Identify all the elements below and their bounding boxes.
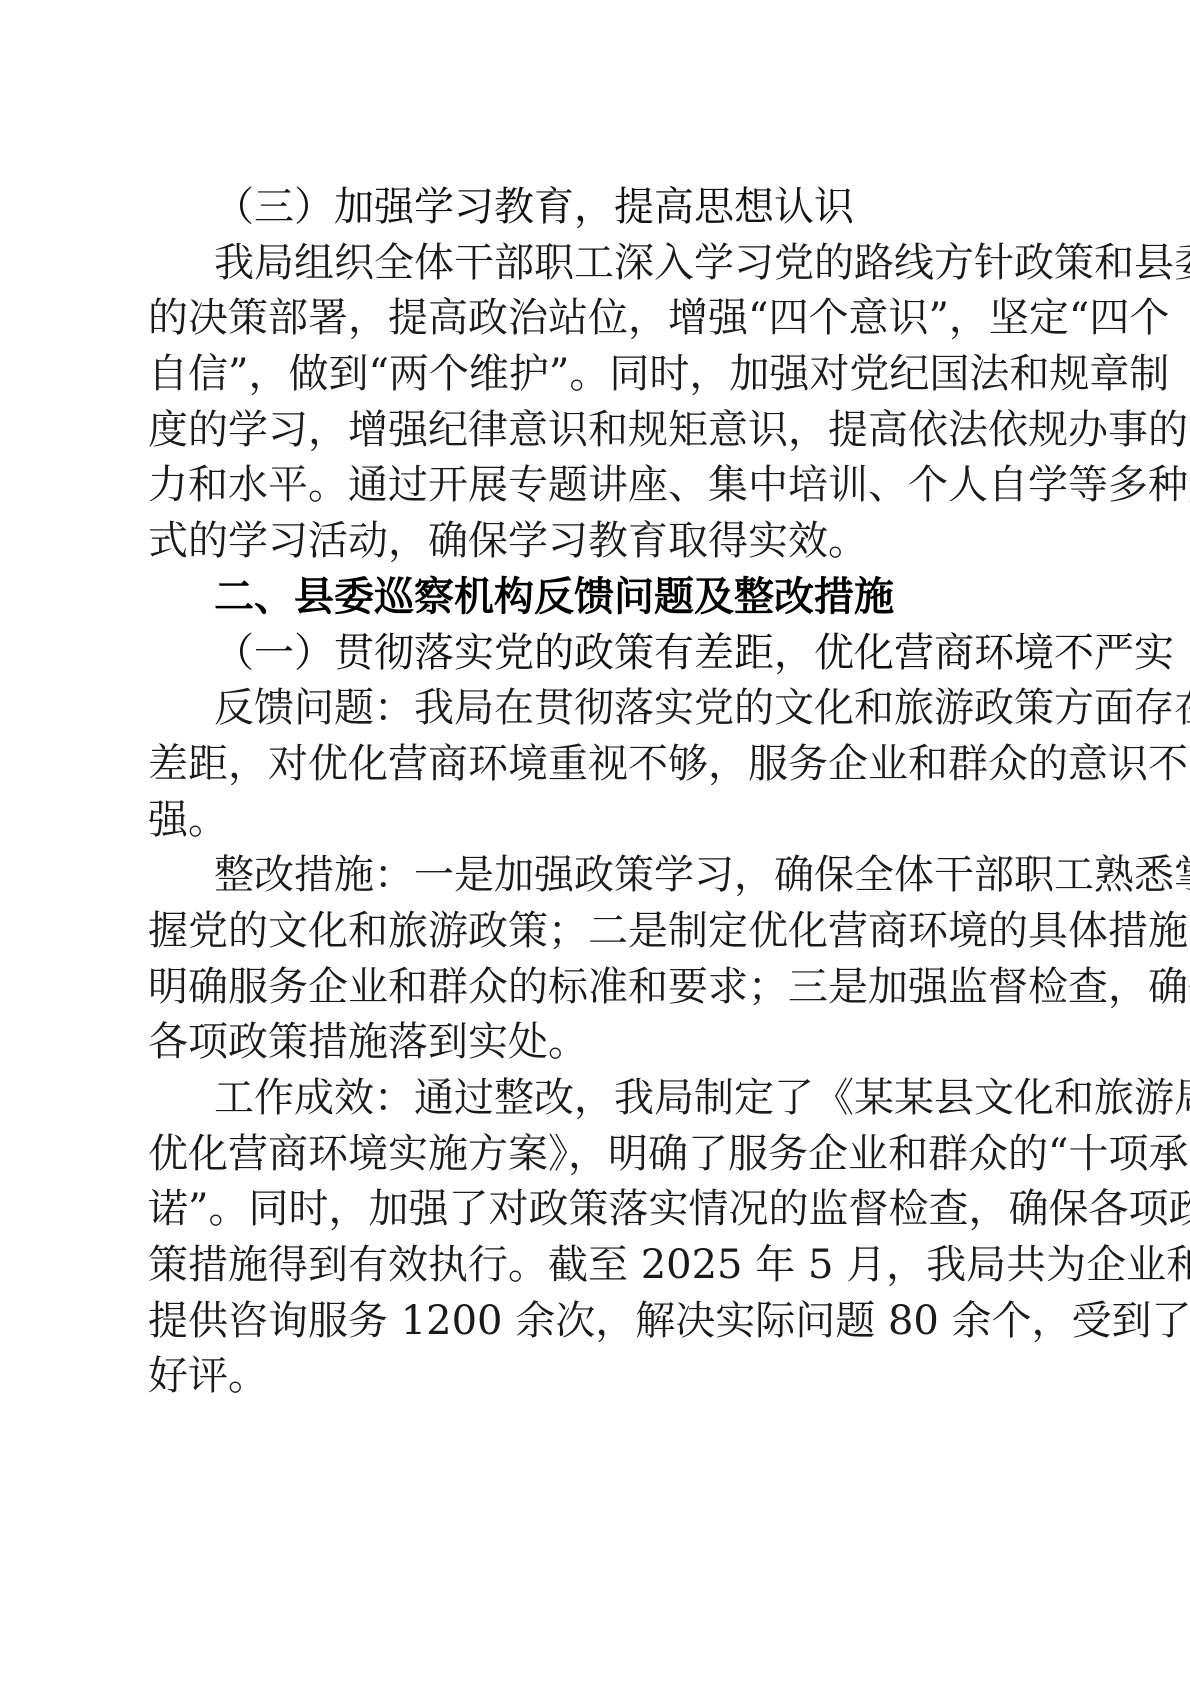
paragraph-line: 差距，对优化营商环境重视不够，服务企业和群众的意识不 (148, 737, 1038, 793)
paragraph-line: 度的学习，增强纪律意识和规矩意识，提高依法依规办事的能 (148, 403, 1038, 459)
paragraph-work-results: 工作成效：通过整改，我局制定了《某某县文化和旅游局 优化营商环境实施方案》，明确… (148, 1071, 1038, 1405)
paragraph-line: 诺”。同时，加强了对政策落实情况的监督检查，确保各项政 (148, 1182, 1038, 1238)
paragraph-line: 式的学习活动，确保学习教育取得实效。 (148, 514, 1038, 570)
paragraph-line: 各项政策措施落到实处。 (148, 1015, 1038, 1071)
subsection-heading-1: （一）贯彻落实党的政策有差距，优化营商环境不严实 (148, 626, 1038, 682)
section-heading-2: 二、县委巡察机构反馈问题及整改措施 (148, 570, 1038, 626)
paragraph-line: 明确服务企业和群众的标准和要求；三是加强监督检查，确保 (148, 960, 1038, 1016)
paragraph-line: 优化营商环境实施方案》，明确了服务企业和群众的“十项承 (148, 1127, 1038, 1183)
paragraph-line: 握党的文化和旅游政策；二是制定优化营商环境的具体措施， (148, 904, 1038, 960)
paragraph-line: 整改措施：一是加强政策学习，确保全体干部职工熟悉掌 (148, 848, 1038, 904)
paragraph-line: 提供咨询服务 1200 余次，解决实际问题 80 余个，受到了广泛 (148, 1294, 1038, 1350)
paragraph-rectification-measures: 整改措施：一是加强政策学习，确保全体干部职工熟悉掌 握党的文化和旅游政策；二是制… (148, 848, 1038, 1071)
paragraph-line: 自信”，做到“两个维护”。同时，加强对党纪国法和规章制 (148, 347, 1038, 403)
paragraph-line: 力和水平。通过开展专题讲座、集中培训、个人自学等多种形 (148, 458, 1038, 514)
paragraph-line: 好评。 (148, 1349, 1038, 1405)
paragraph-line: 强。 (148, 793, 1038, 849)
paragraph-study-education: 我局组织全体干部职工深入学习党的路线方针政策和县委 的决策部署，提高政治站位，增… (148, 236, 1038, 570)
paragraph-line: 工作成效：通过整改，我局制定了《某某县文化和旅游局 (148, 1071, 1038, 1127)
section-heading-3: （三）加强学习教育，提高思想认识 (148, 180, 1038, 236)
paragraph-line: 的决策部署，提高政治站位，增强“四个意识”，坚定“四个 (148, 291, 1038, 347)
paragraph-feedback-problem: 反馈问题：我局在贯彻落实党的文化和旅游政策方面存在 差距，对优化营商环境重视不够… (148, 681, 1038, 848)
document-page: （三）加强学习教育，提高思想认识 我局组织全体干部职工深入学习党的路线方针政策和… (148, 180, 1038, 1405)
paragraph-line: 策措施得到有效执行。截至 2025 年 5 月，我局共为企业和群众 (148, 1238, 1038, 1294)
paragraph-line: 反馈问题：我局在贯彻落实党的文化和旅游政策方面存在 (148, 681, 1038, 737)
paragraph-line: 我局组织全体干部职工深入学习党的路线方针政策和县委 (148, 236, 1038, 292)
